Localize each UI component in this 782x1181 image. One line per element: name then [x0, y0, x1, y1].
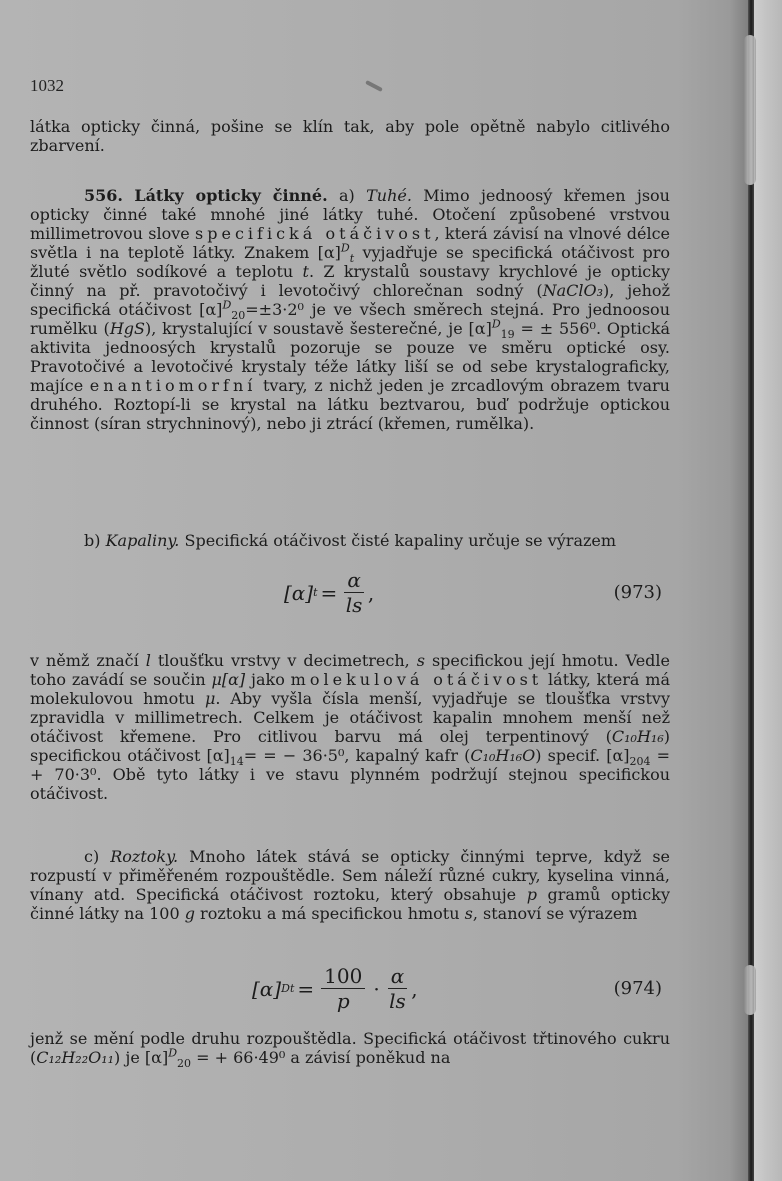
- intro-text: látka opticky činná, pošine se klín tak,…: [30, 117, 670, 155]
- body-text: , stanoví se výrazem: [473, 904, 638, 923]
- section-c-paragraph: c) Roztoky. Mnoho látek stává se opticky…: [30, 847, 670, 923]
- fraction: α ls: [344, 568, 364, 617]
- eq-comma: ,: [411, 977, 417, 1001]
- value: =±3·2⁰: [245, 300, 304, 319]
- math-product: μ[α]: [211, 670, 245, 689]
- body-text: Specifická otáčivost čisté kapaliny urču…: [184, 531, 616, 550]
- subsection-heading: Roztoky.: [110, 847, 178, 866]
- body-text: roztoku a má specifickou hmotu: [195, 904, 460, 923]
- subscript: 20: [177, 1057, 191, 1070]
- denominator: p: [337, 989, 350, 1013]
- body-text: ), krystalující v soustavě šesterečné, j…: [145, 319, 492, 338]
- body-text: ) specif. [α]: [535, 746, 629, 765]
- chemical-formula: NaClO₃: [543, 281, 603, 300]
- section-number: 556.: [84, 186, 123, 205]
- body-text: ) je [α]: [114, 1048, 168, 1067]
- variable: g: [185, 904, 195, 923]
- body-text: a závisí poněkud na: [285, 1048, 450, 1067]
- chemical-formula: C₁₀H₁₆: [612, 727, 664, 746]
- page-number: 1032: [30, 76, 64, 96]
- chemical-formula: C₁₀H₁₆O: [470, 746, 535, 765]
- section-b-paragraph: v němž značí l tloušťku vrstvy v decimet…: [30, 651, 670, 803]
- equation-number: (974): [614, 978, 662, 999]
- section-b-intro: b) Kapaliny. Specifická otáčivost čisté …: [30, 531, 670, 550]
- spaced-term: enantiomorfní: [90, 376, 257, 395]
- equation-number: (973): [614, 582, 662, 603]
- eq-equals: =: [297, 977, 314, 1001]
- binding-thread: [744, 35, 756, 185]
- equation-body: [α]Dt = 100 p · α ls ,: [252, 964, 418, 1013]
- subsection-heading: Tuhé.: [366, 186, 412, 205]
- superscript: D: [492, 318, 501, 331]
- eq-lhs: [α]: [284, 581, 313, 605]
- section-a-paragraph: 556. Látky opticky činné. a) Tuhé. Mimo …: [30, 186, 670, 433]
- numerator: α: [344, 568, 364, 593]
- variable: μ: [205, 689, 215, 708]
- adjacent-page-edge: [754, 0, 782, 1181]
- subsection-label: a): [339, 186, 355, 205]
- variable: s: [417, 651, 425, 670]
- eq-equals: =: [321, 581, 338, 605]
- body-text: . Obě tyto látky i ve stavu plynném podr…: [30, 765, 670, 803]
- variable: p: [527, 885, 537, 904]
- fraction: 100 p: [321, 964, 365, 1013]
- subsection-label: c): [84, 847, 99, 866]
- spaced-term: specifická otáčivost: [195, 224, 435, 243]
- chemical-formula: HgS: [110, 319, 145, 338]
- fraction: α ls: [388, 964, 408, 1013]
- chemical-formula: C₁₂H₂₂O₁₁: [36, 1048, 114, 1067]
- superscript: D: [222, 299, 231, 312]
- section-title: Látky opticky činné.: [134, 186, 327, 205]
- denominator: ls: [389, 989, 406, 1013]
- body-text: v němž značí: [30, 651, 139, 670]
- denominator: ls: [346, 593, 363, 617]
- binding-thread: [744, 965, 756, 1015]
- body-text: jako: [245, 670, 285, 689]
- numerator: 100: [321, 964, 365, 989]
- spaced-term: molekulová otáčivost: [291, 670, 543, 689]
- value: = + 66·49⁰: [191, 1048, 285, 1067]
- numerator: α: [388, 964, 408, 989]
- subsection-label: b): [84, 531, 100, 550]
- value: = ± 556⁰: [515, 319, 596, 338]
- equation-body: [α]t = α ls ,: [284, 568, 374, 617]
- eq-comma: ,: [368, 581, 374, 605]
- superscript: D: [168, 1047, 177, 1060]
- eq-dot: ·: [373, 977, 379, 1001]
- eq-lhs: [α]: [252, 977, 281, 1001]
- body-text: tloušťku vrstvy v decimetrech,: [151, 651, 410, 670]
- variable: s: [465, 904, 473, 923]
- body-text: , kapalný kafr (: [344, 746, 470, 765]
- section-c-continuation: jenž se mění podle druhu rozpouštědla. S…: [30, 1029, 670, 1067]
- subsection-heading: Kapaliny.: [106, 531, 180, 550]
- value: = = − 36·5⁰: [244, 746, 345, 765]
- superscript: D: [341, 242, 350, 255]
- intro-paragraph: látka opticky činná, pošine se klín tak,…: [30, 117, 670, 155]
- equation-974: [α]Dt = 100 p · α ls , (974): [30, 964, 670, 1024]
- equation-973: [α]t = α ls , (973): [30, 568, 670, 628]
